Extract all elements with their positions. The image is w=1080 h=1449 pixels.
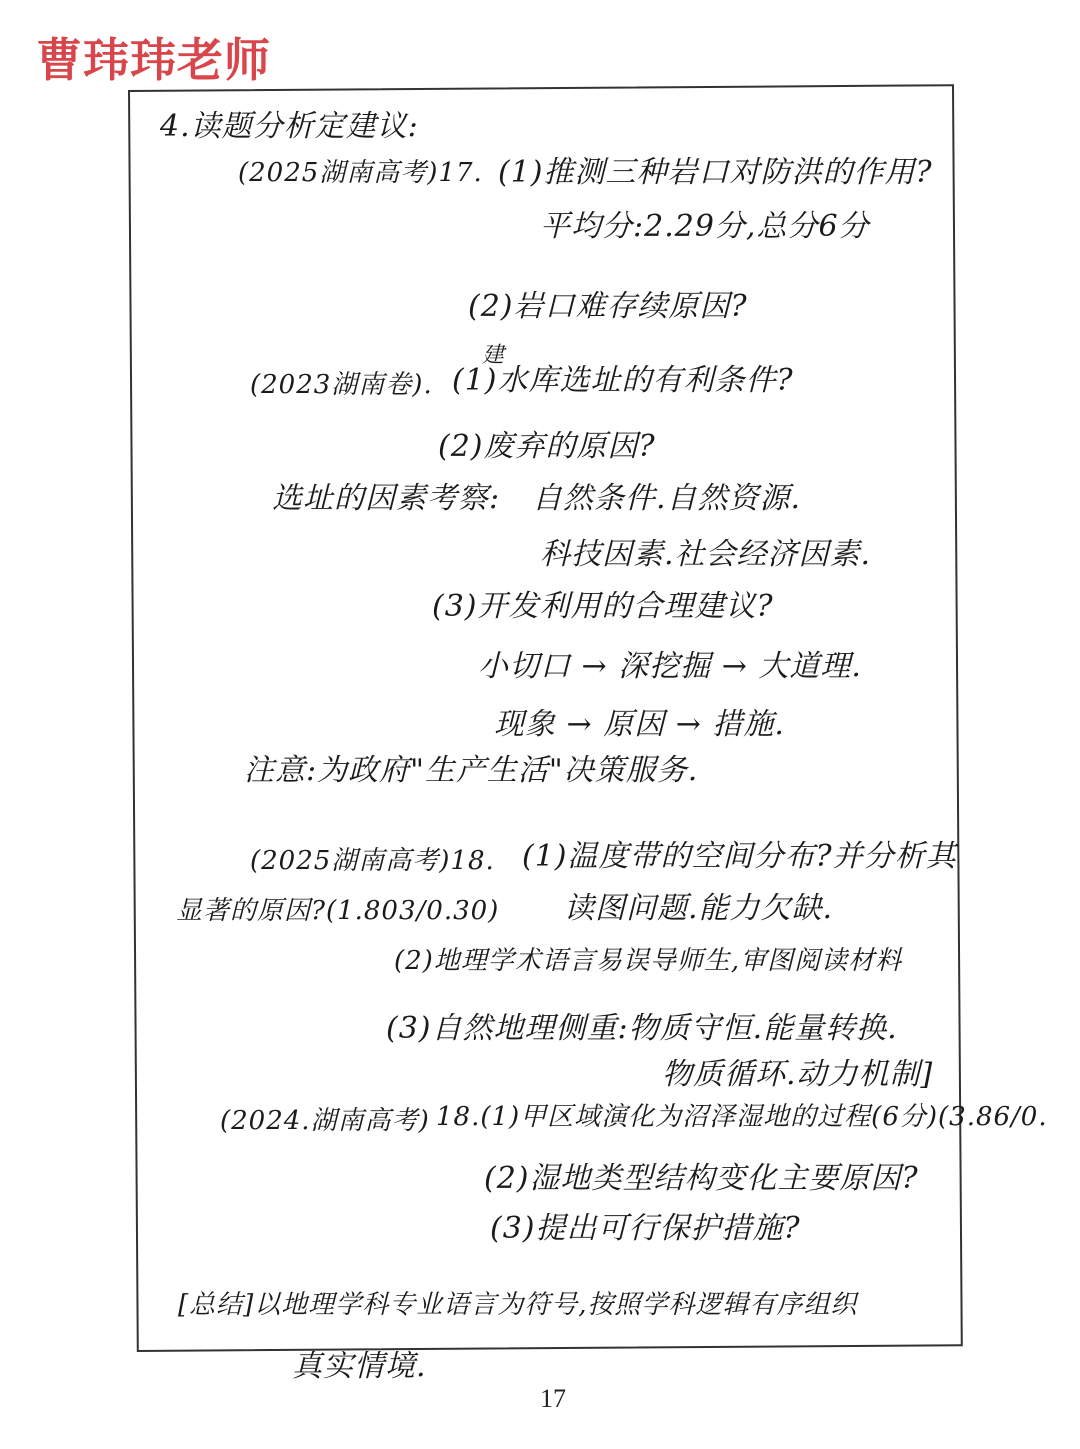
q2024-18-part1: 18.(1)甲区域演化为沼泽湿地的过程(6分)(3.86/0. bbox=[436, 1104, 1048, 1130]
q2024-18-part3: (3)提出可行保护措施? bbox=[490, 1214, 801, 1244]
q2023-factors-label: 选址的因素考察: bbox=[272, 484, 500, 514]
watermark-title: 曹玮玮老师 bbox=[36, 24, 271, 90]
summary-line2: 真实情境. bbox=[292, 1352, 427, 1382]
q2025-17-part1: (1)推测三种岩口对防洪的作用? bbox=[498, 158, 933, 188]
q2025-18-part3-line1: (3)自然地理侧重:物质守恒.能量转换. bbox=[386, 1014, 898, 1044]
page-number: 17 bbox=[540, 1384, 566, 1414]
q2025-17-part1-score: 平均分:2.29分,总分6分 bbox=[540, 212, 870, 242]
q2025-17-part2: (2)岩口难存续原因? bbox=[468, 292, 748, 322]
q2025-18-part1-line1: (1)温度带的空间分布?并分析其 bbox=[522, 842, 957, 872]
q2023-chain-1: 小切口 → 深挖掘 → 大道理. bbox=[478, 652, 862, 682]
q2025-18-part3-line2: 物质循环.动力机制] bbox=[662, 1060, 933, 1090]
q2024-18-source: (2024.湖南高考) bbox=[220, 1108, 430, 1134]
q2025-18-part2: (2)地理学术语言易误导师生,审图阅读材料 bbox=[394, 948, 902, 974]
summary-line1: [总结]以地理学科专业语言为符号,按照学科逻辑有序组织 bbox=[178, 1292, 858, 1318]
q2023-chain-2: 现象 → 原因 → 措施. bbox=[494, 710, 785, 740]
q2023-part3: (3)开发利用的合理建议? bbox=[432, 592, 774, 622]
q2025-17-source: (2025湖南高考)17. bbox=[238, 160, 483, 186]
q2023-source: (2023湖南卷). bbox=[250, 372, 433, 398]
q2023-factors-line1: 自然条件.自然资源. bbox=[532, 484, 801, 514]
q2023-part2: (2)废弃的原因? bbox=[438, 432, 656, 462]
q2025-18-source: (2025湖南高考)18. bbox=[250, 848, 495, 874]
q2025-18-part1-comment: 读图问题.能力欠缺. bbox=[564, 894, 833, 924]
notes-heading: 4.读题分析定建议: bbox=[160, 112, 419, 142]
q2023-part1: (1)水库选址的有利条件? bbox=[452, 366, 794, 396]
q2024-18-part2: (2)湿地类型结构变化主要原因? bbox=[484, 1164, 919, 1194]
q2023-factors-line2: 科技因素.社会经济因素. bbox=[540, 540, 871, 570]
q2025-18-part1-line2: 显著的原因?(1.803/0.30) bbox=[176, 898, 499, 924]
q2023-note: 注意:为政府"生产生活"决策服务. bbox=[244, 756, 698, 786]
